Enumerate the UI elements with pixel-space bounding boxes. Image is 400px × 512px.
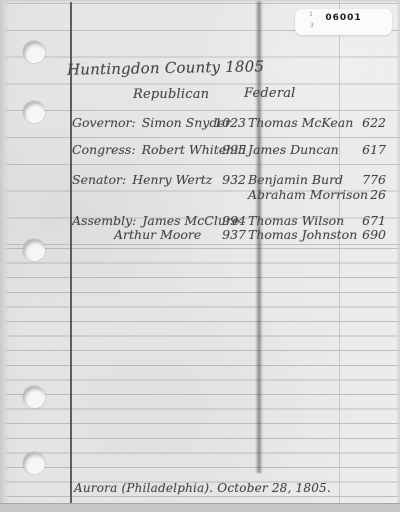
column-header-federal: Federal (244, 87, 296, 100)
republican-votes: 937 (206, 229, 246, 242)
scan-edge-bottom (0, 503, 400, 512)
republican-candidate: Henry Wertz (132, 172, 212, 187)
federal-votes: 671 (350, 215, 386, 228)
scanned-document-page: 1 3 06001 Huntingdon County 1805 Republi… (0, 0, 400, 512)
table-row-governor: Governor:Simon Snyder 1023 Thomas McKean… (0, 117, 400, 133)
table-row-congress: Congress:Robert Whitehill 995 James Dunc… (0, 144, 400, 160)
office-label: Governor: (72, 115, 136, 130)
federal-votes: 617 (350, 144, 386, 157)
federal-candidate: Thomas McKean (248, 117, 353, 130)
scan-edge-top (0, 0, 400, 3)
label-mark: 3 (310, 23, 314, 29)
office-label: Assembly: (72, 213, 136, 228)
federal-candidate: Thomas Wilson (248, 215, 344, 228)
republican-candidate: Arthur Moore (114, 227, 201, 242)
federal-votes: 26 (350, 189, 386, 202)
column-header-republican: Republican (133, 88, 209, 101)
ruled-lines-lower (0, 248, 400, 504)
federal-candidate: James Duncan (248, 144, 339, 157)
faint-fold-line (339, 0, 340, 503)
republican-votes: 1023 (206, 117, 246, 130)
republican-votes: 932 (206, 174, 246, 187)
hole-punch (23, 41, 45, 63)
federal-votes: 690 (350, 229, 386, 242)
hole-punch (23, 386, 45, 408)
federal-votes: 622 (350, 117, 386, 130)
federal-votes: 776 (350, 174, 386, 187)
page-title: Huntingdon County 1805 (67, 59, 264, 77)
republican-votes: 994 (206, 215, 246, 228)
hole-punch (23, 452, 45, 474)
federal-candidate: Thomas Johnston (248, 229, 357, 242)
office-and-candidate: Arthur Moore (114, 229, 201, 242)
archive-number: 06001 (295, 13, 392, 23)
office-and-candidate: Senator:Henry Wertz (72, 174, 212, 187)
scan-edge-left (0, 0, 9, 512)
office-label: Congress: (72, 142, 136, 157)
republican-votes: 995 (206, 144, 246, 157)
archive-number-label: 1 3 06001 (295, 9, 392, 35)
source-citation: Aurora (Philadelphia). October 28, 1805. (74, 482, 331, 494)
federal-candidate: Benjamin Burd (248, 174, 343, 187)
scan-edge-right (396, 0, 400, 512)
table-row-assembly-2: Arthur Moore 937 Thomas Johnston 690 (0, 229, 400, 245)
table-row-senator-2: Abraham Morrison 26 (0, 189, 400, 205)
office-label: Senator: (72, 172, 126, 187)
